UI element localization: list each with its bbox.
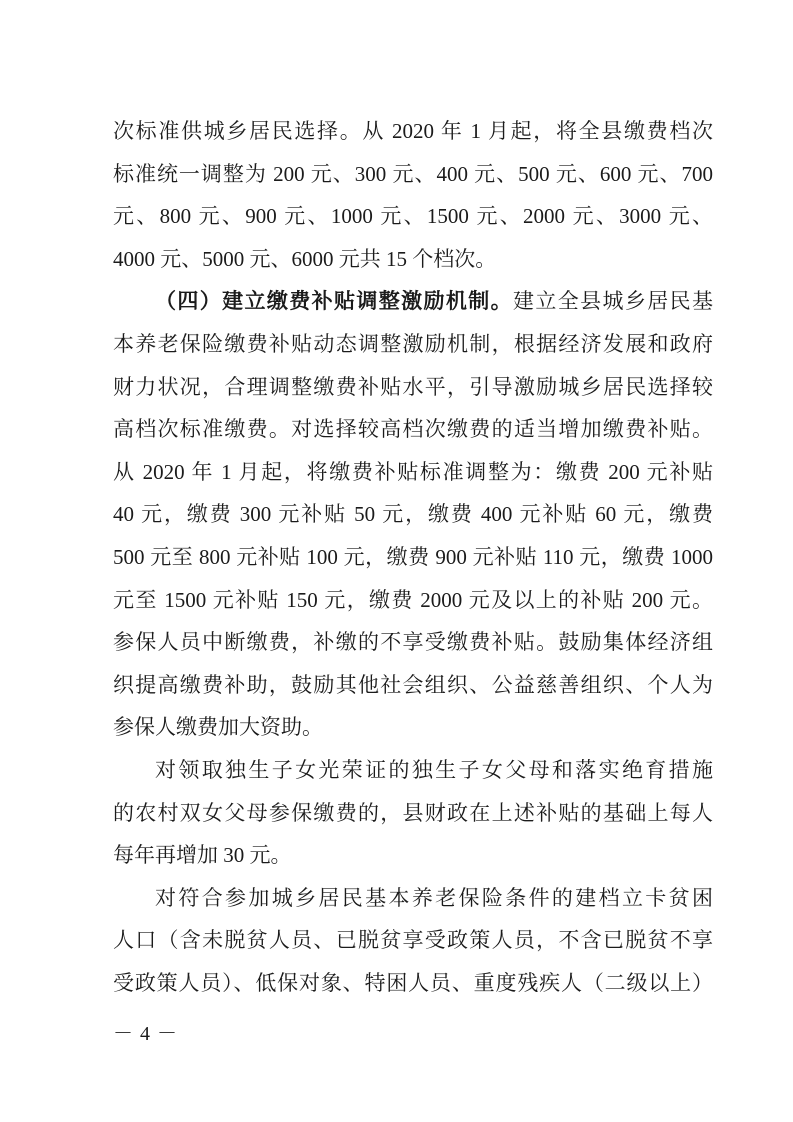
text-line: 每年再增加 30 元。	[113, 834, 713, 877]
text-line: 元至 1500 元补贴 150 元，缴费 2000 元及以上的补贴 200 元。	[113, 579, 713, 622]
text-line: 受政策人员）、低保对象、特困人员、重度残疾人（二级以上）	[113, 962, 713, 1005]
paragraph: 次标准供城乡居民选择。从 2020 年 1 月起，将全县缴费档次标准统一调整为 …	[113, 110, 713, 280]
document-body: 次标准供城乡居民选择。从 2020 年 1 月起，将全县缴费档次标准统一调整为 …	[113, 110, 713, 1004]
text-line: 次标准供城乡居民选择。从 2020 年 1 月起，将全县缴费档次	[113, 110, 713, 153]
paragraph: 对领取独生子女光荣证的独生子女父母和落实绝育措施的农村双女父母参保缴费的，县财政…	[113, 749, 713, 877]
text-line: 参保人缴费加大资助。	[113, 706, 713, 749]
text-line: 4000 元、5000 元、6000 元共 15 个档次。	[113, 238, 713, 281]
text-line: 人口（含未脱贫人员、已脱贫享受政策人员，不含已脱贫不享	[113, 919, 713, 962]
text-line: 织提高缴费补助，鼓励其他社会组织、公益慈善组织、个人为	[113, 664, 713, 707]
bold-section-heading: （四）建立缴费补贴调整激励机制。	[155, 289, 513, 313]
text-line: 高档次标准缴费。对选择较高档次缴费的适当增加缴费补贴。	[113, 408, 713, 451]
text-line: 对符合参加城乡居民基本养老保险条件的建档立卡贫困	[113, 877, 713, 920]
text-line: 财力状况，合理调整缴费补贴水平，引导激励城乡居民选择较	[113, 366, 713, 409]
text-line: 对领取独生子女光荣证的独生子女父母和落实绝育措施	[113, 749, 713, 792]
text-line: 从 2020 年 1 月起，将缴费补贴标准调整为：缴费 200 元补贴	[113, 451, 713, 494]
text-line: 参保人员中断缴费，补缴的不享受缴费补贴。鼓励集体经济组	[113, 621, 713, 664]
paragraph: （四）建立缴费补贴调整激励机制。建立全县城乡居民基本养老保险缴费补贴动态调整激励…	[113, 280, 713, 749]
text-line: 40 元，缴费 300 元补贴 50 元，缴费 400 元补贴 60 元，缴费	[113, 493, 713, 536]
paragraph: 对符合参加城乡居民基本养老保险条件的建档立卡贫困人口（含未脱贫人员、已脱贫享受政…	[113, 877, 713, 1005]
text-line: （四）建立缴费补贴调整激励机制。建立全县城乡居民基	[113, 280, 713, 323]
page-number: － 4 －	[113, 1020, 178, 1048]
document-page: 次标准供城乡居民选择。从 2020 年 1 月起，将全县缴费档次标准统一调整为 …	[0, 0, 793, 1122]
text-line: 500 元至 800 元补贴 100 元，缴费 900 元补贴 110 元，缴费…	[113, 536, 713, 579]
text-line: 元、800 元、900 元、1000 元、1500 元、2000 元、3000 …	[113, 195, 713, 238]
text-line: 本养老保险缴费补贴动态调整激励机制，根据经济发展和政府	[113, 323, 713, 366]
text-line: 的农村双女父母参保缴费的，县财政在上述补贴的基础上每人	[113, 792, 713, 835]
text-line: 标准统一调整为 200 元、300 元、400 元、500 元、600 元、70…	[113, 153, 713, 196]
